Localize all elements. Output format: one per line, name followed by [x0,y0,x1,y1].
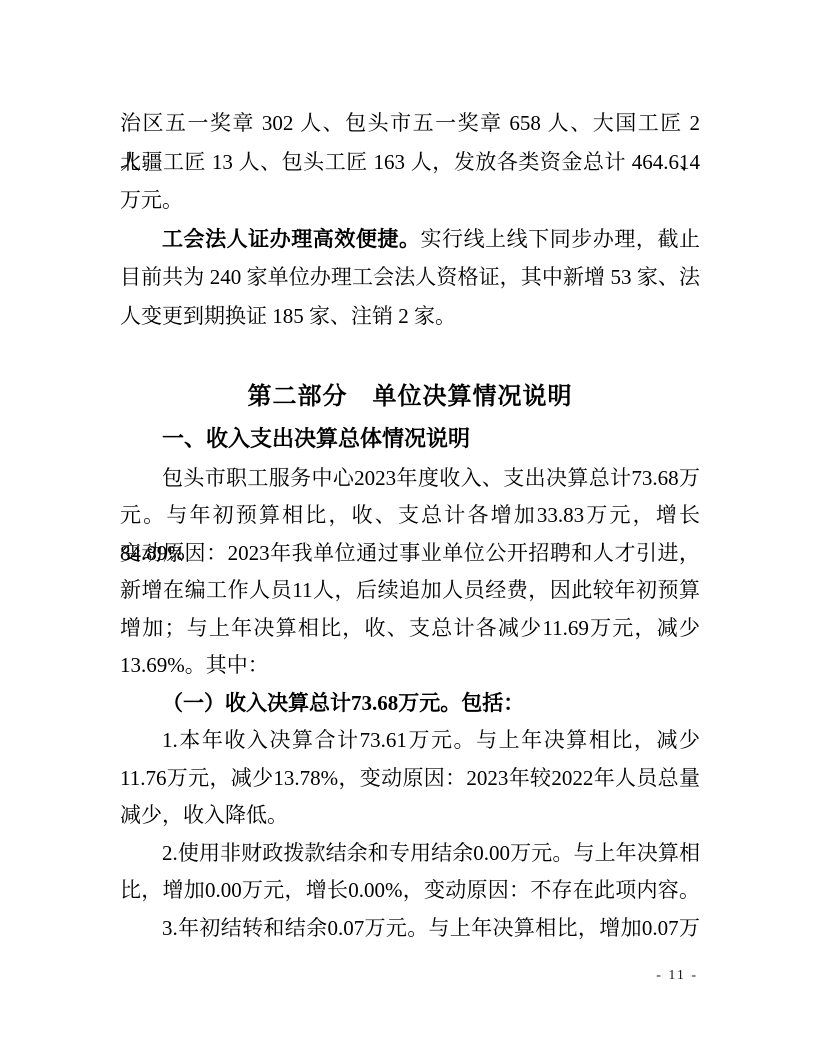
paragraph-line: 治区五一奖章 302 人、包头市五一奖章 658 人、大国工匠 2 人、 [120,104,700,143]
document-page: 治区五一奖章 302 人、包头市五一奖章 658 人、大国工匠 2 人、北疆工匠… [0,0,816,1056]
paragraph-line: 万元。 [120,181,700,220]
text-segment: 1.本年收入决算合计73.61万元。与上年决算相比，减少 [162,728,700,752]
paragraph-line: （一）收入决算总计73.68万元。包括： [120,685,700,723]
text-segment: 减少，收入降低。 [120,803,288,827]
subsection-heading: 一、收入支出决算总体情况说明 [120,417,700,460]
text-segment: 人变更到期换证 185 家、注销 2 家。 [120,304,456,328]
text-segment: 新增在编工作人员11人，后续追加人员经费，因此较年初预算 [120,578,700,602]
paragraph-line: 目前共为 240 家单位办理工会法人资格证，其中新增 53 家、法 [120,258,700,297]
paragraph-line: 比，增加0.00万元，增长0.00%，变动原因：不存在此项内容。 [120,872,700,910]
paragraph-line: 2.使用非财政拨款结余和专用结余0.00万元。与上年决算相 [120,835,700,873]
page-number: - 11 - [656,968,698,984]
bold-text-segment: 第二部分 单位决算情况说明 [248,384,573,410]
paragraph-line: 1.本年收入决算合计73.61万元。与上年决算相比，减少 [120,722,700,760]
bold-text-segment: （一）收入决算总计73.68万元。包括： [162,691,524,715]
paragraph-line: 减少，收入降低。 [120,797,700,835]
paragraph-line: 新增在编工作人员11人，后续追加人员经费，因此较年初预算 [120,572,700,610]
paragraph-line: 包头市职工服务中心2023年度收入、支出决算总计73.68万 [120,460,700,498]
paragraph-line: 人变更到期换证 185 家、注销 2 家。 [120,297,700,336]
paragraph-line: 变动原因：2023年我单位通过事业单位公开招聘和人才引进， [120,535,700,573]
paragraph-line: 增加；与上年决算相比，收、支总计各减少11.69万元，减少 [120,610,700,648]
section-heading: 第二部分 单位决算情况说明 [120,378,700,417]
text-segment: 3.年初结转和结余0.07万元。与上年决算相比，增加0.07万 [162,916,700,940]
paragraph-line: 13.69%。其中： [120,647,700,685]
text-segment: 万元。 [120,188,183,212]
paragraph-line: 11.76万元，减少13.78%，变动原因：2023年较2022年人员总量 [120,760,700,798]
document-body: 治区五一奖章 302 人、包头市五一奖章 658 人、大国工匠 2 人、北疆工匠… [120,104,700,947]
text-segment: 北疆工匠 13 人、包头工匠 163 人，发放各类资金总计 464.614 [120,150,700,174]
paragraph-line: 工会法人证办理高效便捷。实行线上线下同步办理，截止 [120,220,700,259]
text-segment: 11.76万元，减少13.78%，变动原因：2023年较2022年人员总量 [120,766,700,790]
bold-text-segment: 一、收入支出决算总体情况说明 [162,426,470,451]
text-segment: 2.使用非财政拨款结余和专用结余0.00万元。与上年决算相 [162,841,700,865]
text-segment: 包头市职工服务中心2023年度收入、支出决算总计73.68万 [162,466,700,490]
text-segment: 变动原因：2023年我单位通过事业单位公开招聘和人才引进， [120,541,700,565]
text-segment: 增加；与上年决算相比，收、支总计各减少11.69万元，减少 [120,616,700,640]
text-segment: 目前共为 240 家单位办理工会法人资格证，其中新增 53 家、法 [120,265,700,289]
paragraph-line: 3.年初结转和结余0.07万元。与上年决算相比，增加0.07万 [120,910,700,948]
text-segment: 实行线上线下同步办理，截止 [421,227,701,251]
text-segment: 比，增加0.00万元，增长0.00%，变动原因：不存在此项内容。 [120,878,700,902]
text-segment: 13.69%。其中： [120,653,269,677]
paragraph-line: 北疆工匠 13 人、包头工匠 163 人，发放各类资金总计 464.614 [120,143,700,182]
bold-text-segment: 工会法人证办理高效便捷。 [162,227,421,251]
paragraph-line: 元。与年初预算相比，收、支总计各增加33.83万元，增长84.89%， [120,497,700,535]
